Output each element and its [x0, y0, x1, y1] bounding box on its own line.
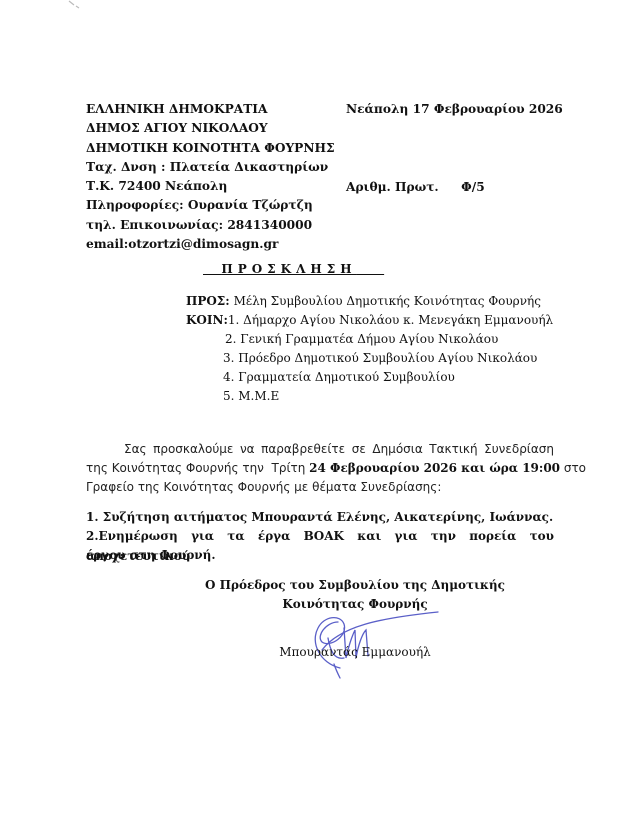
document-title-text: ΠΡΟΣΚΛΗΣΗ [221, 262, 356, 276]
scan-artifact-mark [68, 0, 82, 10]
body-line-date: της Κοινότητας Φουρνής την Τρίτη 24 Φεβρ… [86, 459, 554, 478]
to-label: ΠΡΟΣ: [186, 294, 230, 308]
sender-block: ΕΛΛΗΝΙΚΗ ΔΗΜΟΚΡΑΤΙΑ ΔΗΜΟΣ ΑΓΙΟΥ ΝΙΚΟΛΑΟΥ… [86, 100, 335, 254]
protocol-label: Αριθμ. Πρωτ. [346, 180, 439, 194]
place-date: Νεάπολη 17 Φεβρουαρίου 2026 [346, 100, 563, 119]
recipients-to: ΠΡΟΣ: Μέλη Συμβουλίου Δημοτικής Κοινότητ… [186, 292, 541, 311]
cc-item: 5. Μ.Μ.Ε [223, 387, 279, 406]
sender-line: ΔΗΜΟΤΙΚΗ ΚΟΙΝΟΤΗΤΑ ΦΟΥΡΝΗΣ [86, 139, 335, 158]
cc-label: ΚΟΙΝ: [186, 313, 228, 327]
body-line: Γραφείο της Κοινότητας Φουρνής με θέματα… [86, 478, 441, 497]
document-title: ΠΡΟΣΚΛΗΣΗ [203, 262, 384, 276]
protocol-value: Φ/5 [461, 180, 485, 194]
to-value: Μέλη Συμβουλίου Δημοτικής Κοινότητας Φου… [234, 294, 541, 308]
cc-item: 1. Δήμαρχο Αγίου Νικολάου κ. Μενεγάκη Εμ… [228, 313, 553, 327]
agenda-item-cont: έργου στη Φουρνή. [86, 546, 216, 566]
body-text: στο [560, 459, 586, 478]
sender-line: Ταχ. Δνση : Πλατεία Δικαστηρίων [86, 158, 335, 177]
signatory-name: Μπουραντάς Εμμανουήλ [190, 643, 520, 662]
protocol-number: Αριθμ. Πρωτ. Φ/5 [346, 178, 485, 197]
sender-line: ΕΛΛΗΝΙΚΗ ΔΗΜΟΚΡΑΤΙΑ [86, 100, 335, 119]
sender-line: τηλ. Επικοινωνίας: 2841340000 [86, 216, 335, 235]
meeting-datetime: 24 Φεβρουαρίου 2026 και ώρα 19:00 [309, 459, 560, 478]
agenda-item: 1. Συζήτηση αιτήματος Μπουραντά Ελένης, … [86, 508, 553, 528]
cc-item: 3. Πρόεδρο Δημοτικού Συμβουλίου Αγίου Νι… [223, 349, 537, 368]
sender-line: ΔΗΜΟΣ ΑΓΙΟΥ ΝΙΚΟΛΑΟΥ [86, 119, 335, 138]
cc-item: 2. Γενική Γραμματέα Δήμου Αγίου Νικολάου [225, 330, 498, 349]
recipients-cc: ΚΟΙΝ:1. Δήμαρχο Αγίου Νικολάου κ. Μενεγά… [186, 311, 553, 330]
body-line: Σας προσκαλούμε να παραβρεθείτε σε Δημόσ… [124, 440, 554, 459]
sender-line: Πληροφορίες: Ουρανία Τζώρτζη [86, 196, 335, 215]
body-text: της Κοινότητας Φουρνής την Τρίτη [86, 459, 309, 478]
signatory-role-line: Ο Πρόεδρος του Συμβουλίου της Δημοτικής [190, 576, 520, 595]
sender-line: email:otzortzi@dimosagn.gr [86, 235, 335, 254]
sender-line: Τ.Κ. 72400 Νεάπολη [86, 177, 335, 196]
cc-item: 4. Γραμματεία Δημοτικού Συμβουλίου [223, 368, 455, 387]
